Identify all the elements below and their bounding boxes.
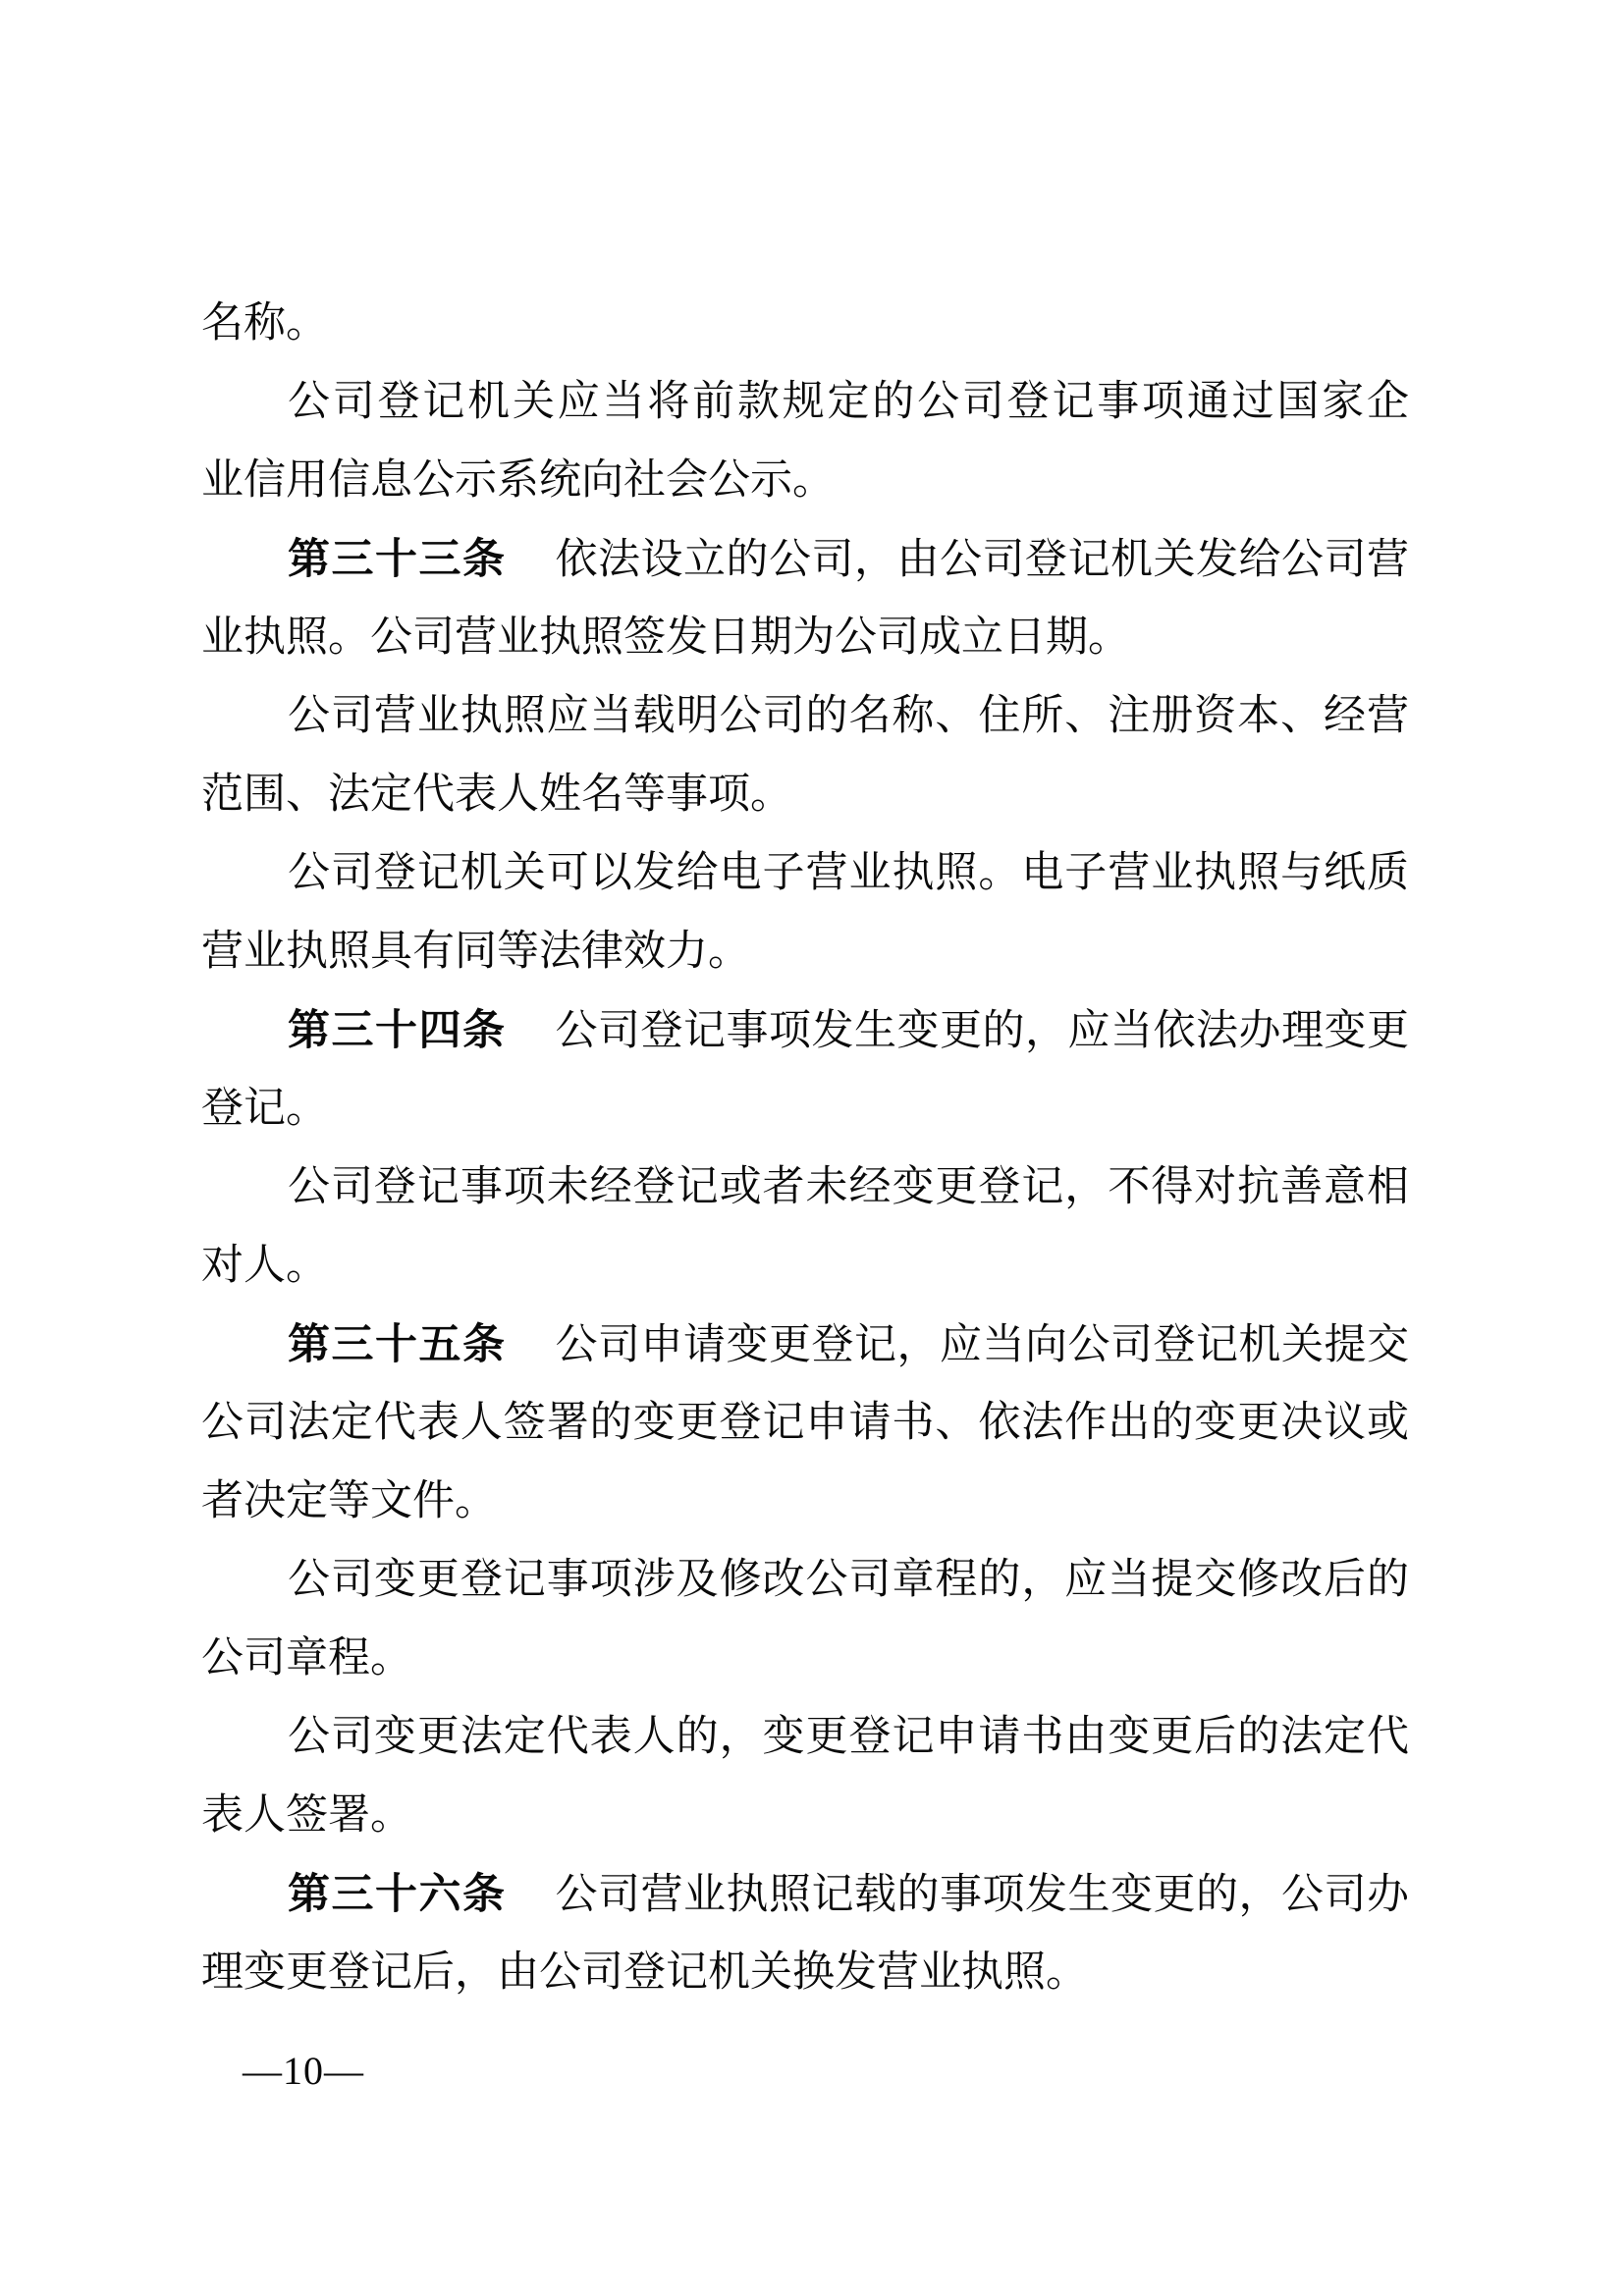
line-text: 公司登记机关应当将前款规定的公司登记事项通过国家企 — [288, 379, 1409, 425]
page-number: —10— — [243, 2050, 364, 2093]
text-line: 第三十五条公司申请变更登记，应当向公司登记机关提交 — [201, 1306, 1409, 1384]
line-text: 业信用信息公示系统向社会公示。 — [201, 457, 835, 504]
line-text: 公司法定代表人签署的变更登记申请书、依法作出的变更决议或 — [201, 1400, 1409, 1446]
text-line: 者决定等文件。 — [201, 1463, 1409, 1541]
text-line: 公司登记机关可以发给电子营业执照。电子营业执照与纸质 — [201, 834, 1409, 913]
line-text: 业执照。公司营业执照签发日期为公司成立日期。 — [201, 614, 1130, 661]
text-line: 公司章程。 — [201, 1620, 1409, 1698]
line-text: 范围、法定代表人姓名等事项。 — [201, 772, 792, 818]
text-line: 公司营业执照应当载明公司的名称、住所、注册资本、经营 — [201, 677, 1409, 756]
document-page: 名称。公司登记机关应当将前款规定的公司登记事项通过国家企业信用信息公示系统向社会… — [0, 0, 1624, 2296]
document-body: 名称。公司登记机关应当将前款规定的公司登记事项通过国家企业信用信息公示系统向社会… — [201, 285, 1409, 2012]
text-line: 公司法定代表人签署的变更登记申请书、依法作出的变更决议或 — [201, 1384, 1409, 1463]
line-text: 公司登记事项发生变更的，应当依法办理变更 — [556, 1008, 1410, 1054]
line-text: 公司章程。 — [201, 1635, 412, 1682]
line-text: 公司登记机关可以发给电子营业执照。电子营业执照与纸质 — [288, 850, 1409, 896]
text-line: 名称。 — [201, 285, 1409, 363]
text-line: 公司变更法定代表人的，变更登记申请书由变更后的法定代 — [201, 1698, 1409, 1777]
line-text: 者决定等文件。 — [201, 1478, 497, 1524]
line-text: 名称。 — [201, 300, 328, 347]
text-line: 业执照。公司营业执照签发日期为公司成立日期。 — [201, 599, 1409, 677]
article-number: 第三十三条 — [288, 536, 507, 583]
text-line: 第三十三条依法设立的公司，由公司登记机关发给公司营 — [201, 520, 1409, 599]
text-line: 公司登记事项未经登记或者未经变更登记，不得对抗善意相 — [201, 1148, 1409, 1227]
text-line: 范围、法定代表人姓名等事项。 — [201, 756, 1409, 834]
text-line: 登记。 — [201, 1070, 1409, 1148]
line-text: 公司登记事项未经登记或者未经变更登记，不得对抗善意相 — [288, 1164, 1409, 1210]
text-line: 第三十四条公司登记事项发生变更的，应当依法办理变更 — [201, 991, 1409, 1070]
text-line: 业信用信息公示系统向社会公示。 — [201, 442, 1409, 520]
line-text: 理变更登记后，由公司登记机关换发营业执照。 — [201, 1949, 1088, 1996]
text-line: 理变更登记后，由公司登记机关换发营业执照。 — [201, 1934, 1409, 2012]
line-text: 公司营业执照记载的事项发生变更的，公司办 — [556, 1872, 1410, 1918]
text-line: 营业执照具有同等法律效力。 — [201, 913, 1409, 991]
line-text: 表人签署。 — [201, 1792, 412, 1839]
line-text: 登记。 — [201, 1086, 328, 1132]
article-number: 第三十四条 — [288, 1007, 507, 1054]
text-line: 表人签署。 — [201, 1777, 1409, 1855]
line-text: 公司申请变更登记，应当向公司登记机关提交 — [556, 1322, 1410, 1368]
text-line: 公司登记机关应当将前款规定的公司登记事项通过国家企 — [201, 363, 1409, 442]
text-line: 对人。 — [201, 1227, 1409, 1306]
article-number: 第三十五条 — [288, 1321, 507, 1368]
line-text: 公司变更法定代表人的，变更登记申请书由变更后的法定代 — [288, 1714, 1409, 1760]
line-text: 公司变更登记事项涉及修改公司章程的，应当提交修改后的 — [288, 1557, 1409, 1603]
text-line: 第三十六条公司营业执照记载的事项发生变更的，公司办 — [201, 1855, 1409, 1934]
line-text: 对人。 — [201, 1243, 328, 1289]
article-number: 第三十六条 — [288, 1871, 507, 1918]
line-text: 依法设立的公司，由公司登记机关发给公司营 — [556, 537, 1410, 583]
line-text: 公司营业执照应当载明公司的名称、住所、注册资本、经营 — [288, 693, 1409, 739]
text-line: 公司变更登记事项涉及修改公司章程的，应当提交修改后的 — [201, 1541, 1409, 1620]
line-text: 营业执照具有同等法律效力。 — [201, 929, 750, 975]
